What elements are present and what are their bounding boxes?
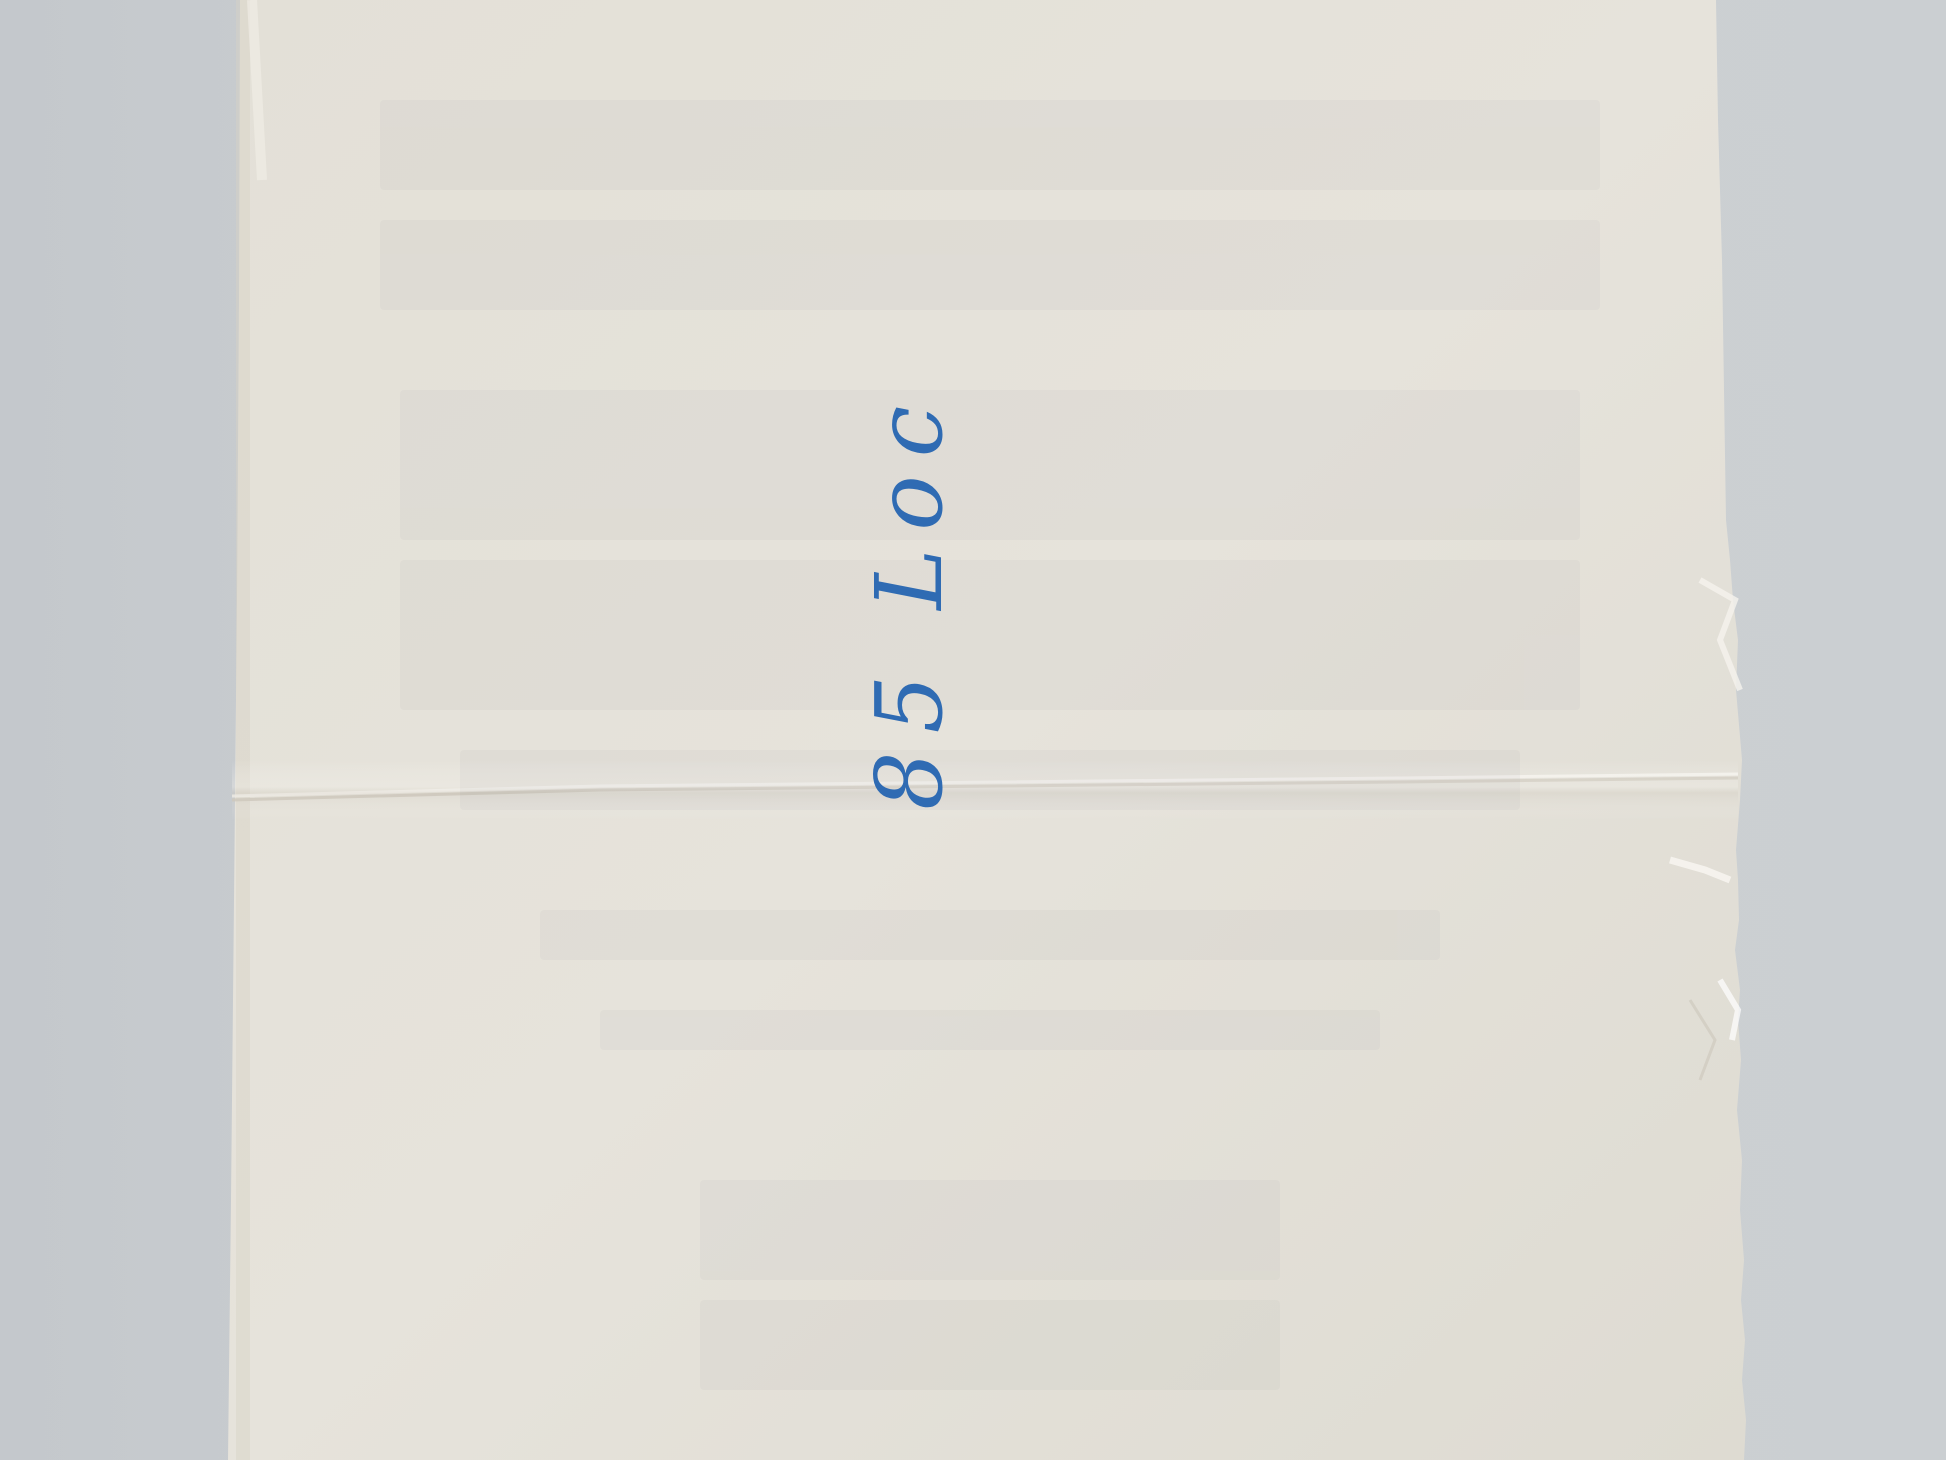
paper-shape bbox=[0, 0, 1946, 1460]
handwritten-annotation: 85 Loc bbox=[870, 390, 950, 810]
poster-back-sheet: 85 Loc bbox=[0, 0, 1946, 1460]
